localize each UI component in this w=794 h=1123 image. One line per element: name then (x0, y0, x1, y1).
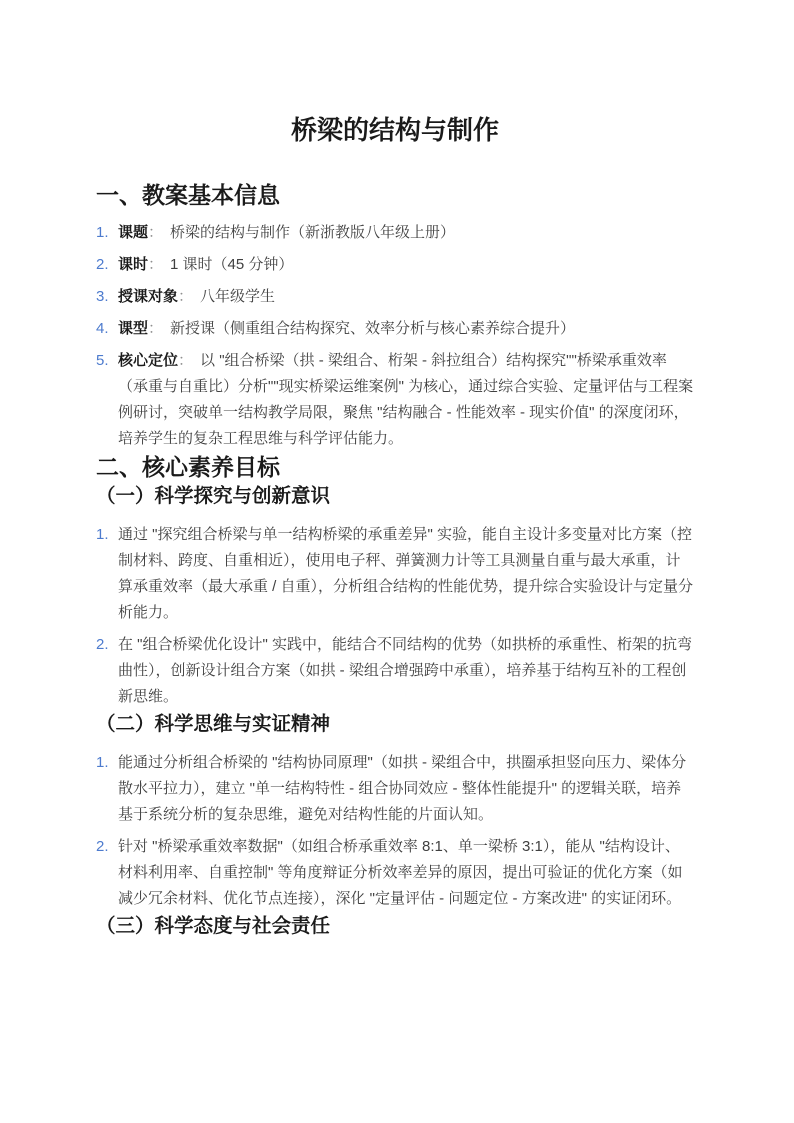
basic-info-list: 1. 课题：桥梁的结构与制作（新浙教版八年级上册） 2. 课时：1 课时（45 … (96, 220, 694, 452)
list-item-colon: ： (178, 288, 193, 305)
page-title: 桥梁的结构与制作 (96, 112, 694, 148)
list-item-number: 1. (96, 220, 118, 246)
list-item-text: 能通过分析组合桥梁的 "结构协同原理"（如拱 - 梁组合中，拱圈承担竖向压力、梁… (118, 754, 686, 823)
list-item-body: 核心定位：以 "组合桥梁（拱 - 梁组合、桁架 - 斜拉组合）结构探究""桥梁承… (118, 348, 694, 452)
document-page: 桥梁的结构与制作 一、教案基本信息 1. 课题：桥梁的结构与制作（新浙教版八年级… (0, 0, 794, 1123)
list-item-label: 授课对象 (118, 288, 178, 305)
section-heading-core-literacy: 二、核心素养目标 (96, 452, 694, 482)
list-item: 5. 核心定位：以 "组合桥梁（拱 - 梁组合、桁架 - 斜拉组合）结构探究""… (96, 348, 694, 452)
list-item-label: 课时 (118, 256, 148, 273)
list-item-colon: ： (148, 320, 163, 337)
subsection-heading-attitude-responsibility: （三）科学态度与社会责任 (96, 912, 694, 940)
list-item-body: 针对 "桥梁承重效率数据"（如组合桥承重效率 8:1、单一梁桥 3:1），能从 … (118, 834, 694, 912)
list-item-text: 通过 "探究组合桥梁与单一结构桥梁的承重差异" 实验，能自主设计多变量对比方案（… (118, 526, 693, 621)
list-item: 1. 课题：桥梁的结构与制作（新浙教版八年级上册） (96, 220, 694, 246)
list-item-text: 桥梁的结构与制作（新浙教版八年级上册） (170, 224, 455, 241)
inquiry-innovation-list: 1. 通过 "探究组合桥梁与单一结构桥梁的承重差异" 实验，能自主设计多变量对比… (96, 522, 694, 710)
list-item: 2. 在 "组合桥梁优化设计" 实践中，能结合不同结构的优势（如拱桥的承重性、桁… (96, 632, 694, 710)
list-item-number: 3. (96, 284, 118, 310)
list-item-number: 2. (96, 834, 118, 860)
list-item-text: 以 "组合桥梁（拱 - 梁组合、桁架 - 斜拉组合）结构探究""桥梁承重效率（承… (118, 352, 693, 447)
list-item-body: 授课对象：八年级学生 (118, 284, 694, 310)
list-item-colon: ： (178, 352, 193, 369)
list-item: 3. 授课对象：八年级学生 (96, 284, 694, 310)
list-item-body: 课型：新授课（侧重组合结构探究、效率分析与核心素养综合提升） (118, 316, 694, 342)
list-item-body: 能通过分析组合桥梁的 "结构协同原理"（如拱 - 梁组合中，拱圈承担竖向压力、梁… (118, 750, 694, 828)
list-item-number: 4. (96, 316, 118, 342)
list-item-body: 课题：桥梁的结构与制作（新浙教版八年级上册） (118, 220, 694, 246)
list-item-text: 八年级学生 (200, 288, 275, 305)
list-item: 2. 针对 "桥梁承重效率数据"（如组合桥承重效率 8:1、单一梁桥 3:1），… (96, 834, 694, 912)
list-item-colon: ： (148, 224, 163, 241)
list-item-body: 课时：1 课时（45 分钟） (118, 252, 694, 278)
list-item: 4. 课型：新授课（侧重组合结构探究、效率分析与核心素养综合提升） (96, 316, 694, 342)
list-item-text: 1 课时（45 分钟） (170, 256, 293, 273)
list-item: 1. 通过 "探究组合桥梁与单一结构桥梁的承重差异" 实验，能自主设计多变量对比… (96, 522, 694, 626)
list-item-number: 5. (96, 348, 118, 374)
list-item-body: 通过 "探究组合桥梁与单一结构桥梁的承重差异" 实验，能自主设计多变量对比方案（… (118, 522, 694, 626)
list-item-number: 2. (96, 632, 118, 658)
list-item-label: 课型 (118, 320, 148, 337)
list-item-number: 1. (96, 522, 118, 548)
section-heading-basic-info: 一、教案基本信息 (96, 180, 694, 210)
list-item-colon: ： (148, 256, 163, 273)
list-item-body: 在 "组合桥梁优化设计" 实践中，能结合不同结构的优势（如拱桥的承重性、桁架的抗… (118, 632, 694, 710)
list-item: 1. 能通过分析组合桥梁的 "结构协同原理"（如拱 - 梁组合中，拱圈承担竖向压… (96, 750, 694, 828)
list-item-text: 新授课（侧重组合结构探究、效率分析与核心素养综合提升） (170, 320, 575, 337)
list-item-text: 针对 "桥梁承重效率数据"（如组合桥承重效率 8:1、单一梁桥 3:1），能从 … (118, 838, 683, 907)
list-item-text: 在 "组合桥梁优化设计" 实践中，能结合不同结构的优势（如拱桥的承重性、桁架的抗… (118, 636, 692, 705)
list-item-number: 1. (96, 750, 118, 776)
list-item-label: 课题 (118, 224, 148, 241)
thinking-evidence-list: 1. 能通过分析组合桥梁的 "结构协同原理"（如拱 - 梁组合中，拱圈承担竖向压… (96, 750, 694, 912)
list-item: 2. 课时：1 课时（45 分钟） (96, 252, 694, 278)
list-item-number: 2. (96, 252, 118, 278)
subsection-heading-inquiry-innovation: （一）科学探究与创新意识 (96, 482, 694, 510)
subsection-heading-thinking-evidence: （二）科学思维与实证精神 (96, 710, 694, 738)
list-item-label: 核心定位 (118, 352, 178, 369)
